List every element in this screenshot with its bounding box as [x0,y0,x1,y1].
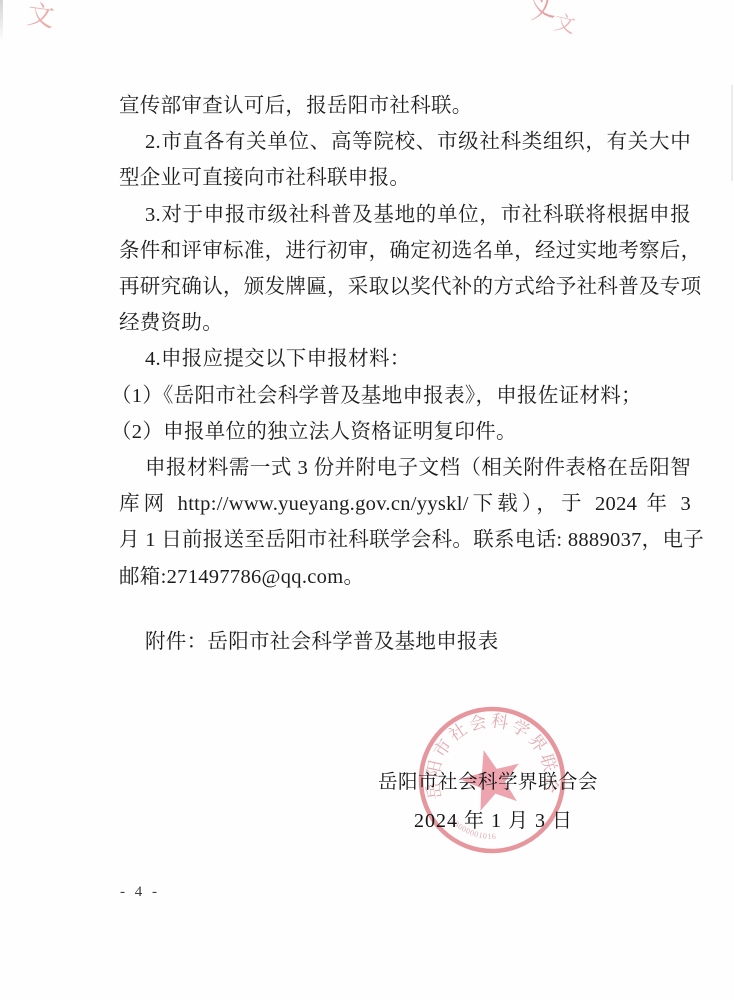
signature-organization: 岳阳市社会科学界联合会 [378,766,598,794]
doc-line: 邮箱:271497786@qq.com。 [119,559,691,595]
doc-line: 再研究确认，颁发牌匾，采取以奖代补的方式给予社科普及专项 [119,269,691,305]
doc-line: 2.市直各有关单位、高等院校、市级社科类组织，有关大中 [119,124,691,160]
page-number: - 4 - [120,884,160,901]
doc-line: 宣传部审查认可后，报岳阳市社科联。 [119,88,691,124]
doc-line: （2）申报单位的独立法人资格证明复印件。 [119,414,691,450]
doc-line: 4.申报应提交以下申报材料： [119,341,691,377]
doc-line: （1）《岳阳市社会科学普及基地申报表》，申报佐证材料； [119,378,691,414]
document-page: 文 义 文 宣传部审查认可后，报岳阳市社科联。2.市直各有关单位、高等院校、市级… [0,0,734,1000]
doc-line: 3.对于申报市级社科普及基地的单位，市社科联将根据申报 [119,197,691,233]
stamp-fragment-top-right-2: 文 [552,12,577,37]
doc-line: 经费资助。 [119,305,691,341]
doc-line: 型企业可直接向市社科联申报。 [119,160,691,196]
stamp-fragment-top-right-1: 义 [528,0,557,23]
scan-edge-artifact-right [731,85,733,181]
stamp-fragment-top-left: 文 [25,1,55,31]
doc-line: 月 1 日前报送至岳阳市社科联学会科。联系电话: 8889037，电子 [119,522,691,558]
doc-line: 库网 http://www.yueyang.gov.cn/yyskl/下载），于… [119,486,691,522]
scan-edge-artifact-left [0,0,3,42]
signature-date: 2024 年 1 月 3 日 [414,804,573,833]
doc-line: 申报材料需一式 3 份并附电子文档（相关附件表格在岳阳智 [119,450,691,486]
document-body: 宣传部审查认可后，报岳阳市社科联。2.市直各有关单位、高等院校、市级社科类组织，… [119,88,691,660]
doc-line: 附件：岳阳市社会科学普及基地申报表 [119,624,691,660]
doc-line: 条件和评审标准，进行初审，确定初选名单，经过实地考察后， [119,233,691,269]
